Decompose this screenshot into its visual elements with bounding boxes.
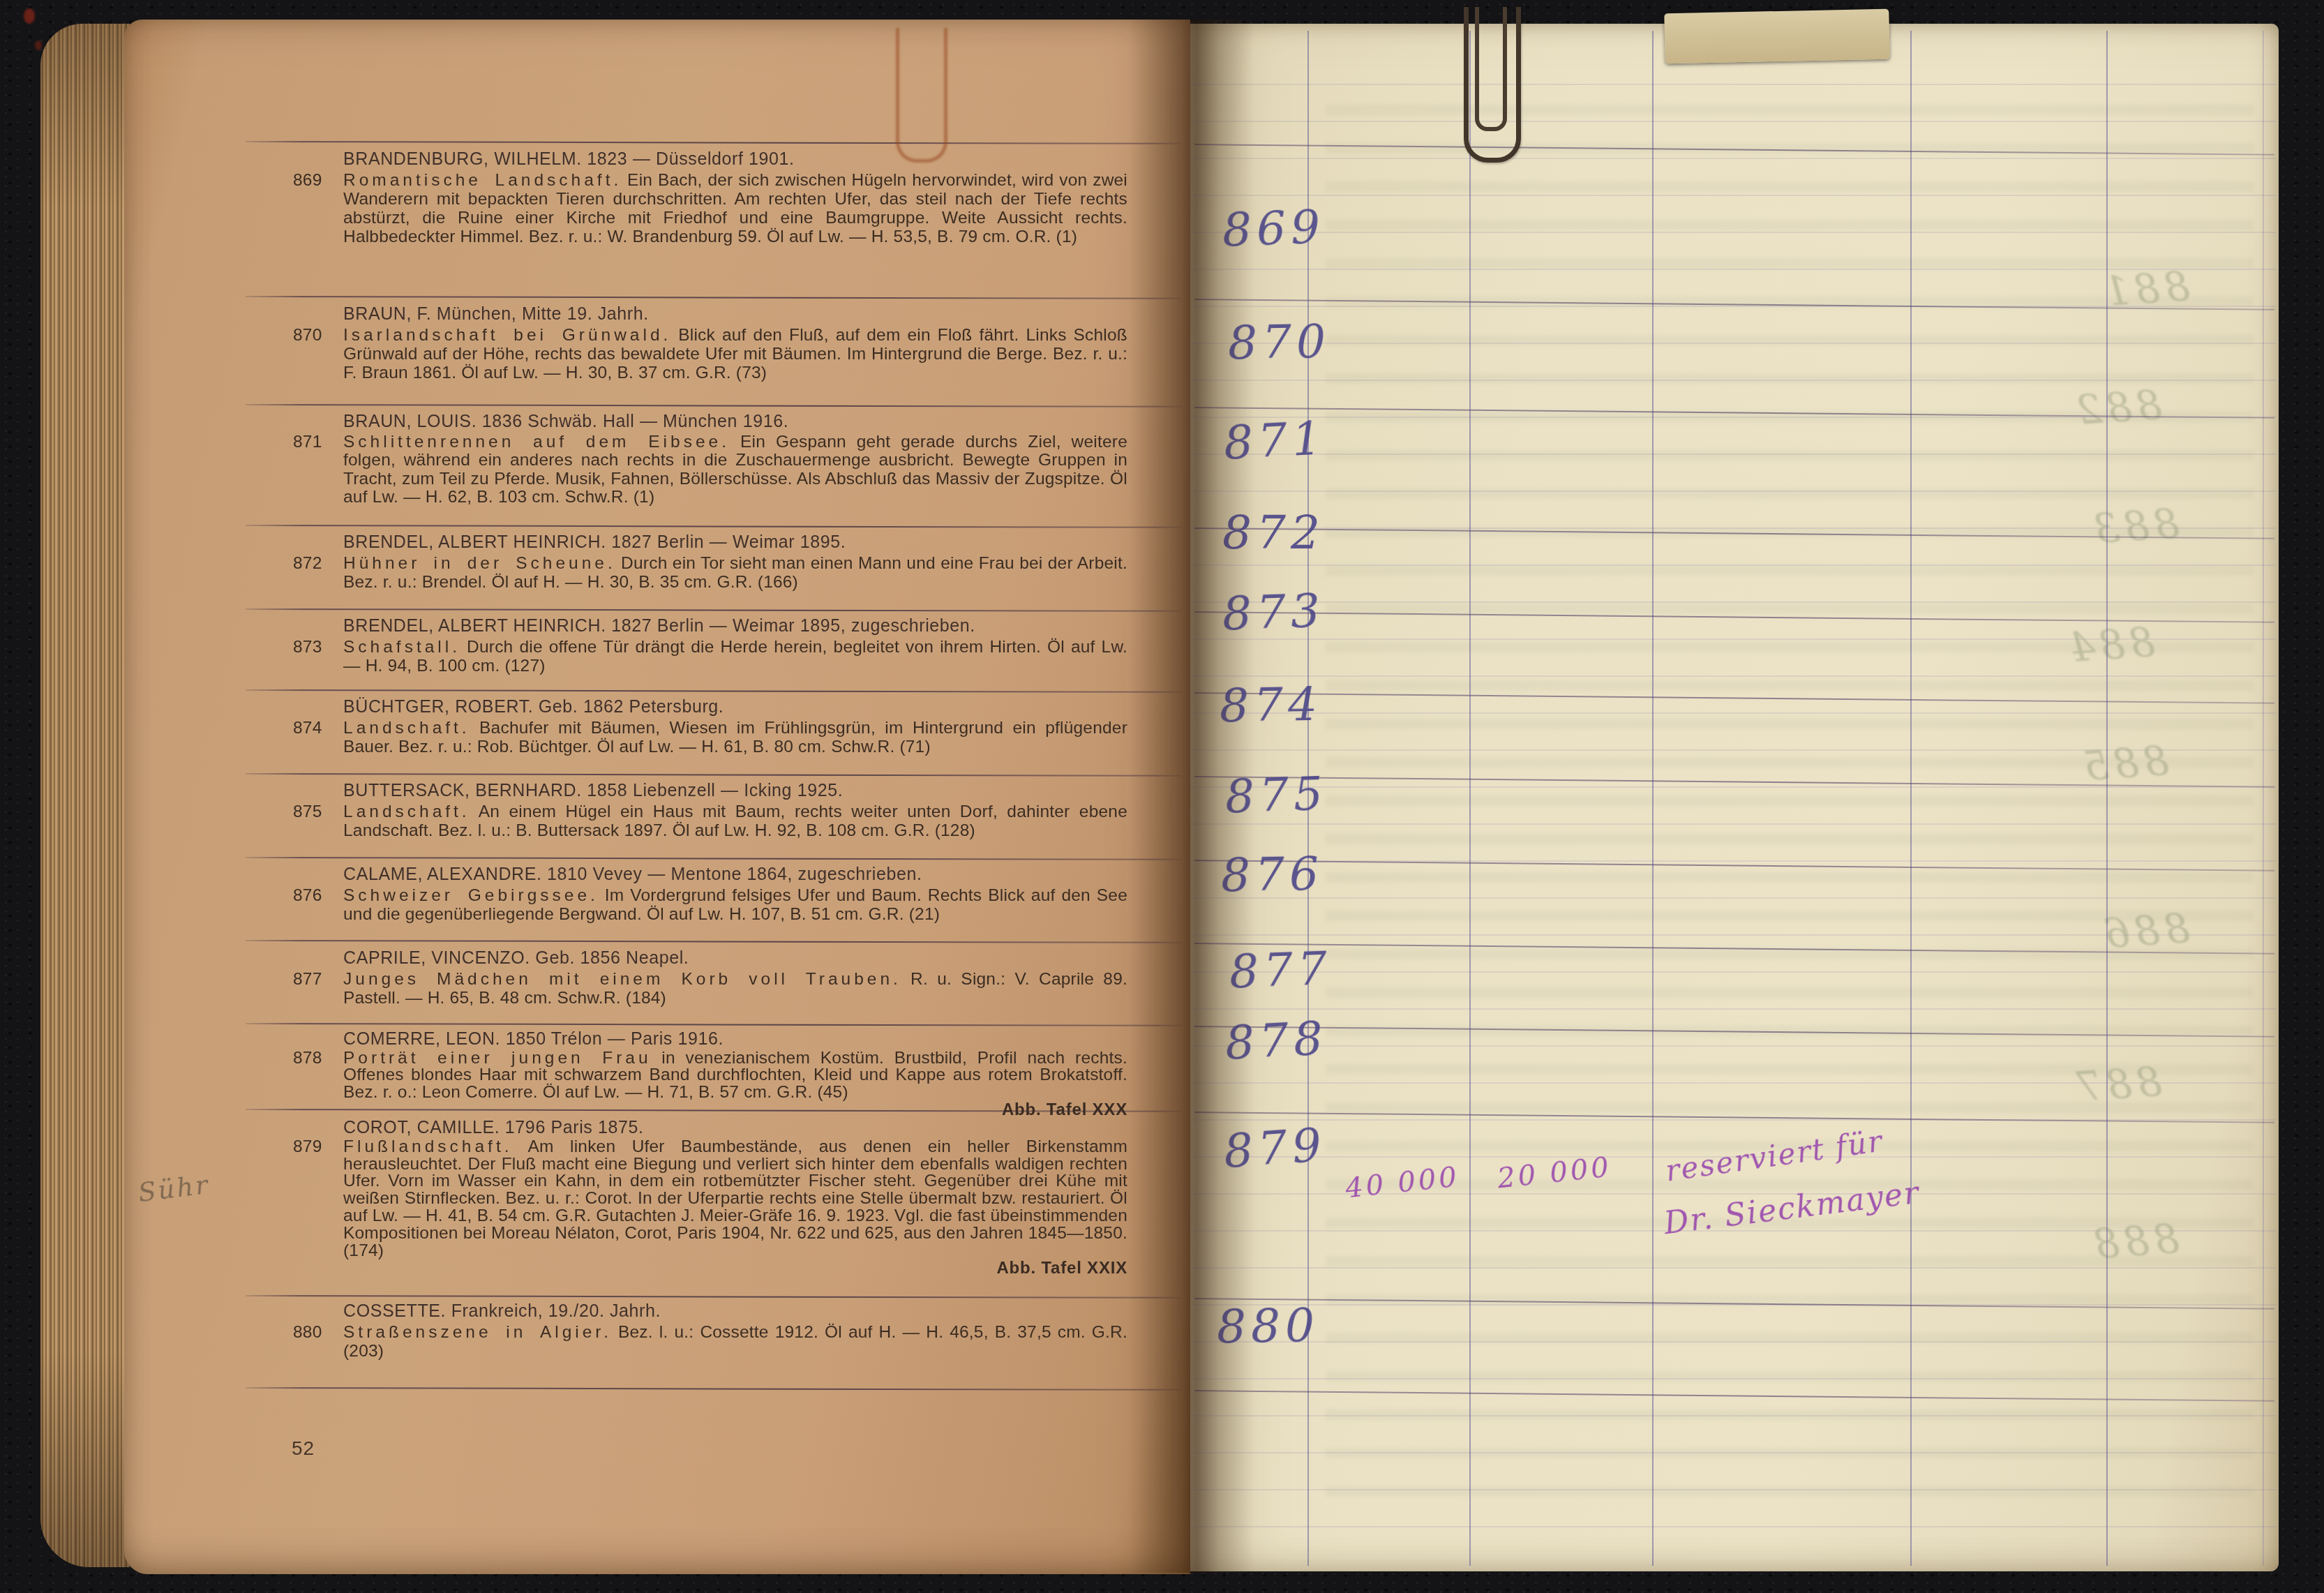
lot-title: Schlittenrennen auf dem Eibsee. bbox=[343, 433, 730, 451]
lot-paragraph: 873Schafstall. Durch die offene Tür drän… bbox=[293, 638, 1127, 675]
entry-separator-line bbox=[246, 1023, 1182, 1026]
ledger-column-line bbox=[2106, 31, 2108, 1566]
ledger-lot-number: 869 bbox=[1222, 200, 1326, 257]
lot-paragraph: 871Schlittenrennen auf dem Eibsee. Ein G… bbox=[293, 433, 1127, 507]
paper-clip bbox=[1464, 7, 1511, 158]
lot-paragraph: 880Straßenszene in Algier. Bez. l. u.: C… bbox=[293, 1323, 1127, 1361]
lot-number: 880 bbox=[293, 1323, 336, 1342]
ledger-lot-number: 874 bbox=[1219, 678, 1322, 733]
catalog-entry: BRENDEL, ALBERT HEINRICH. 1827 Berlin — … bbox=[293, 617, 1127, 675]
lot-description: Am linken Ufer Baumbestände, aus denen e… bbox=[343, 1137, 1127, 1260]
ledger-lot-number: 877 bbox=[1229, 941, 1333, 999]
catalog-entry: BUTTERSACK, BERNHARD. 1858 Liebenzell — … bbox=[293, 781, 1127, 840]
ledger-lot-number: 879 bbox=[1222, 1118, 1328, 1179]
ledger-lot-number: 872 bbox=[1222, 506, 1325, 560]
artist-header: CAPRILE, VINCENZO. Geb. 1856 Neapel. bbox=[343, 949, 1127, 968]
entry-separator-line bbox=[246, 525, 1182, 528]
lot-title: Flußlandschaft. bbox=[343, 1137, 513, 1156]
ledger-column-line bbox=[1469, 31, 1471, 1566]
catalog-entry: BRENDEL, ALBERT HEINRICH. 1827 Berlin — … bbox=[293, 533, 1127, 592]
catalog-entry: BÜCHTGER, ROBERT. Geb. 1862 Petersburg. … bbox=[293, 698, 1127, 756]
entry-separator-line bbox=[246, 940, 1182, 943]
book-scan: { "document": { "type": "auction-catalog… bbox=[0, 0, 2324, 1593]
entry-separator-line bbox=[246, 608, 1182, 612]
lot-description: Durch die offene Tür drängt die Herde he… bbox=[343, 638, 1127, 675]
lot-title: Landschaft. bbox=[343, 719, 470, 738]
lot-paragraph: 874Landschaft. Bachufer mit Bäumen, Wies… bbox=[293, 719, 1127, 756]
artist-header: BRENDEL, ALBERT HEINRICH. 1827 Berlin — … bbox=[343, 617, 1127, 636]
artist-header: COROT, CAMILLE. 1796 Paris 1875. bbox=[343, 1119, 1127, 1137]
paperclip-rust-imprint bbox=[896, 28, 947, 163]
catalog-entry: COSSETTE. Frankreich, 19./20. Jahrh. 880… bbox=[293, 1302, 1127, 1361]
ledger-lot-number: 870 bbox=[1227, 315, 1330, 371]
catalog-entry: COMERRE, LEON. 1850 Trélon — Paris 1916.… bbox=[293, 1031, 1127, 1119]
pencil-margin-note: Sühr bbox=[137, 1169, 211, 1208]
lot-number: 874 bbox=[293, 719, 336, 738]
lot-title: Hühner in der Scheune. bbox=[343, 554, 616, 573]
ledger-lot-number: 880 bbox=[1216, 1299, 1319, 1354]
ledger-lot-number: 873 bbox=[1222, 583, 1326, 641]
catalog-entry: BRANDENBURG, WILHELM. 1823 — Düsseldorf … bbox=[293, 150, 1127, 246]
entry-separator-line bbox=[246, 1295, 1182, 1299]
lot-paragraph: 869Romantische Landschaft. Ein Bach, der… bbox=[293, 171, 1127, 246]
lot-number: 870 bbox=[293, 326, 336, 345]
plate-reference: Abb. Tafel XXX bbox=[293, 1102, 1127, 1119]
left-page-print-layer: BRANDENBURG, WILHELM. 1823 — Düsseldorf … bbox=[0, 0, 2324, 1593]
lot-number: 878 bbox=[293, 1050, 336, 1068]
artist-header: BÜCHTGER, ROBERT. Geb. 1862 Petersburg. bbox=[343, 698, 1127, 717]
ledger-lot-number: 871 bbox=[1222, 411, 1328, 470]
lot-title: Romantische Landschaft. bbox=[343, 171, 622, 190]
lot-number: 872 bbox=[293, 554, 336, 573]
ledger-column-line bbox=[1652, 31, 1654, 1566]
ledger-lot-number: 878 bbox=[1224, 1011, 1329, 1070]
catalog-entry: CAPRILE, VINCENZO. Geb. 1856 Neapel. 877… bbox=[293, 949, 1127, 1008]
lot-paragraph: 878Porträt einer jungen Frau in venezian… bbox=[293, 1050, 1127, 1102]
lot-number: 877 bbox=[293, 970, 336, 989]
lot-title: Schweizer Gebirgssee. bbox=[343, 886, 599, 905]
entry-separator-line bbox=[246, 296, 1182, 299]
lot-paragraph: 870Isarlandschaft bei Grünwald. Blick au… bbox=[293, 326, 1127, 382]
lot-number: 871 bbox=[293, 433, 336, 452]
artist-header: CALAME, ALEXANDRE. 1810 Vevey — Mentone … bbox=[343, 865, 1127, 884]
lot-paragraph: 879Flußlandschaft. Am linken Ufer Baumbe… bbox=[293, 1139, 1127, 1260]
paper-clip-inner-wire bbox=[1475, 7, 1507, 131]
artist-header: BRAUN, F. München, Mitte 19. Jahrh. bbox=[343, 305, 1127, 324]
artist-header: BRENDEL, ALBERT HEINRICH. 1827 Berlin — … bbox=[343, 533, 1127, 552]
entry-separator-line bbox=[246, 773, 1182, 777]
ledger-column-line bbox=[1910, 31, 1912, 1566]
artist-header: BRANDENBURG, WILHELM. 1823 — Düsseldorf … bbox=[343, 150, 1127, 169]
artist-header: BUTTERSACK, BERNHARD. 1858 Liebenzell — … bbox=[343, 781, 1127, 800]
lot-number: 876 bbox=[293, 886, 336, 905]
catalog-entry: BRAUN, F. München, Mitte 19. Jahrh. 870I… bbox=[293, 305, 1127, 382]
lot-paragraph: 876Schweizer Gebirgssee. Im Vordergrund … bbox=[293, 886, 1127, 924]
artist-header: BRAUN, LOUIS. 1836 Schwäb. Hall — Münche… bbox=[343, 412, 1127, 431]
entry-separator-line bbox=[246, 141, 1182, 144]
catalog-entry: COROT, CAMILLE. 1796 Paris 1875. 879Fluß… bbox=[293, 1119, 1127, 1278]
page-number: 52 bbox=[292, 1437, 315, 1460]
lot-paragraph: 877Junges Mädchen mit einem Korb voll Tr… bbox=[293, 970, 1127, 1008]
lot-title: Porträt einer jungen Frau bbox=[343, 1049, 652, 1068]
artist-header: COMERRE, LEON. 1850 Trélon — Paris 1916. bbox=[343, 1031, 1127, 1048]
artist-header: COSSETTE. Frankreich, 19./20. Jahrh. bbox=[343, 1302, 1127, 1321]
ledger-column-line bbox=[2263, 31, 2264, 1566]
catalog-entry: CALAME, ALEXANDRE. 1810 Vevey — Mentone … bbox=[293, 865, 1127, 924]
entry-separator-line bbox=[246, 689, 1182, 693]
lot-paragraph: 875Landschaft. An einem Hügel ein Haus m… bbox=[293, 802, 1127, 840]
lot-number: 869 bbox=[293, 171, 336, 190]
lot-title: Junges Mädchen mit einem Korb voll Traub… bbox=[343, 970, 901, 989]
entry-separator-line bbox=[246, 1387, 1182, 1391]
lot-paragraph: 872Hühner in der Scheune. Durch ein Tor … bbox=[293, 554, 1127, 592]
lot-title: Schafstall. bbox=[343, 638, 460, 657]
lot-title: Isarlandschaft bei Grünwald. bbox=[343, 326, 671, 345]
lot-title: Straßenszene in Algier. bbox=[343, 1323, 612, 1342]
entry-separator-line bbox=[246, 857, 1182, 860]
catalog-entry: BRAUN, LOUIS. 1836 Schwäb. Hall — Münche… bbox=[293, 412, 1127, 507]
plate-reference: Abb. Tafel XXIX bbox=[293, 1260, 1127, 1278]
lot-title: Landschaft. bbox=[343, 802, 470, 821]
ledger-lot-number: 876 bbox=[1220, 847, 1324, 903]
entry-separator-line bbox=[246, 404, 1182, 407]
lot-number: 873 bbox=[293, 638, 336, 657]
lot-number: 875 bbox=[293, 802, 336, 821]
lot-number: 879 bbox=[293, 1139, 336, 1156]
ledger-lot-number: 875 bbox=[1224, 766, 1329, 823]
